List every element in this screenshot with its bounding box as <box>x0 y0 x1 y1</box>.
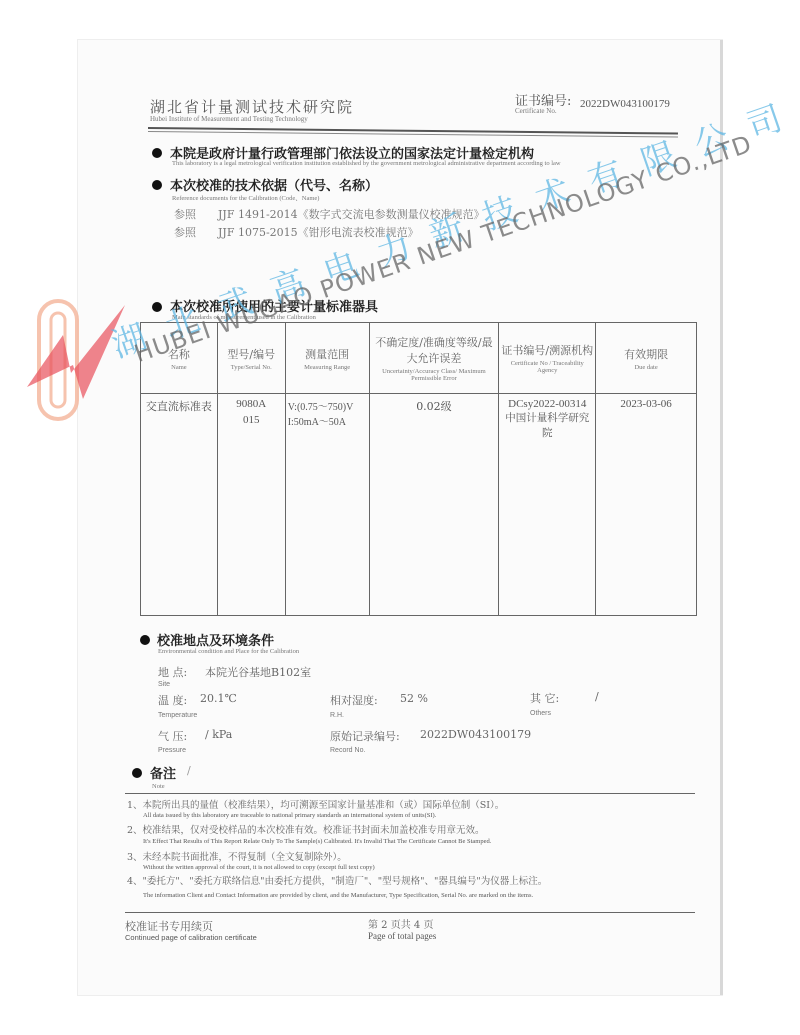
cell-name: 交直流标准表 <box>141 394 218 616</box>
note-item: 2、校准结果，仅对受校样品的本次校准有效。校准证书封面未加盖校准专用章无效。 <box>127 822 485 836</box>
note-item: 3、未经本院书面批准，不得复制（全文复制除外）。 <box>127 849 347 863</box>
cert-no-label-en: Certificate No. <box>515 107 557 115</box>
footer-title: 校准证书专用续页 <box>125 918 213 934</box>
standards-table: 名称Name 型号/编号Type/Serial No. 测量范围Measurin… <box>140 322 697 616</box>
others-value: / <box>595 690 599 703</box>
temperature-value: 20.1℃ <box>200 692 237 705</box>
references-title: 本次校准的技术依据（代号、名称） <box>170 175 378 194</box>
note-item: 1、本院所出具的量值（校准结果），均可溯源至国家计量基准和（或）国际单位制（SI… <box>127 797 504 811</box>
rh-label: 相对湿度: <box>330 692 378 708</box>
page-edge <box>720 40 723 995</box>
bullet-icon <box>152 180 162 190</box>
cell-type: 9080A015 <box>217 394 285 616</box>
cell-range: V:(0.75～750)VI:50mA～50A <box>285 394 369 616</box>
institute-name-en: Hubei Institute of Measurement and Testi… <box>150 115 308 123</box>
remarks-value: / <box>187 764 191 777</box>
site-value: 本院光谷基地B102室 <box>205 664 311 680</box>
note-item-en: It's Effect That Results of This Report … <box>143 838 491 845</box>
cell-certificate: DCsy2022-00314中国计量科学研究院 <box>499 394 596 616</box>
bullet-icon <box>152 148 162 158</box>
record-label-en: Record No. <box>330 747 365 754</box>
rh-label-en: R.H. <box>330 712 344 719</box>
note-rule <box>125 793 695 794</box>
bullet-icon <box>140 635 150 645</box>
references-title-en: Reference documents for the Calibration … <box>172 193 319 202</box>
temperature-label: 温 度: <box>158 692 187 708</box>
cert-no-value: 2022DW043100179 <box>580 98 670 110</box>
rh-value: 52 % <box>400 692 428 705</box>
site-label-en: Site <box>158 681 170 688</box>
temperature-label-en: Temperature <box>158 712 197 719</box>
record-label: 原始记录编号: <box>330 728 400 744</box>
others-label-en: Others <box>530 710 551 717</box>
record-value: 2022DW043100179 <box>420 728 531 741</box>
authority-title-en: This laboratory is a legal metrological … <box>172 160 561 167</box>
pressure-label-en: Pressure <box>158 747 186 754</box>
col-range: 测量范围Measuring Range <box>285 323 369 394</box>
col-due: 有效期限Due date <box>596 323 697 394</box>
bullet-icon <box>132 768 142 778</box>
remarks-title: 备注 <box>150 763 176 782</box>
others-label: 其 它: <box>530 690 559 706</box>
environment-title: 校准地点及环境条件 <box>157 630 274 649</box>
pressure-value: / kPa <box>205 728 232 741</box>
note-item: 4、"委托方"、"委托方联络信息"由委托方提供，"制造厂"、"型号规格"、"器具… <box>127 873 547 887</box>
reference-prefix: 参照 <box>174 224 196 240</box>
note-item-en: All data issued by this laboratory are t… <box>143 812 436 819</box>
table-row: 交直流标准表 9080A015 V:(0.75～750)VI:50mA～50A … <box>141 394 697 616</box>
page-number: 第 2 页共 4 页 <box>368 916 433 931</box>
site-label: 地 点: <box>158 664 187 680</box>
note-item-en: Without the written approval of the cour… <box>143 864 375 871</box>
reference-prefix: 参照 <box>174 206 196 222</box>
remarks-title-en: Note <box>152 783 165 790</box>
institute-name: 湖北省计量测试技术研究院 <box>150 96 354 117</box>
environment-title-en: Environmental condition and Place for th… <box>158 648 299 655</box>
pressure-label: 气 压: <box>158 728 187 744</box>
cell-accuracy: 0.02级 <box>369 394 499 616</box>
cell-due: 2023-03-06 <box>596 394 697 616</box>
col-certificate: 证书编号/溯源机构Certificate No / Traceability A… <box>499 323 596 394</box>
page-number-en: Page of total pages <box>368 931 436 941</box>
footer-title-en: Continued page of calibration certificat… <box>125 933 257 942</box>
note-item-en: The information Client and Contact Infor… <box>143 890 693 901</box>
footer-rule <box>125 912 695 913</box>
col-accuracy: 不确定度/准确度等级/最大允许误差Uncertainty/Accuracy Cl… <box>369 323 499 394</box>
